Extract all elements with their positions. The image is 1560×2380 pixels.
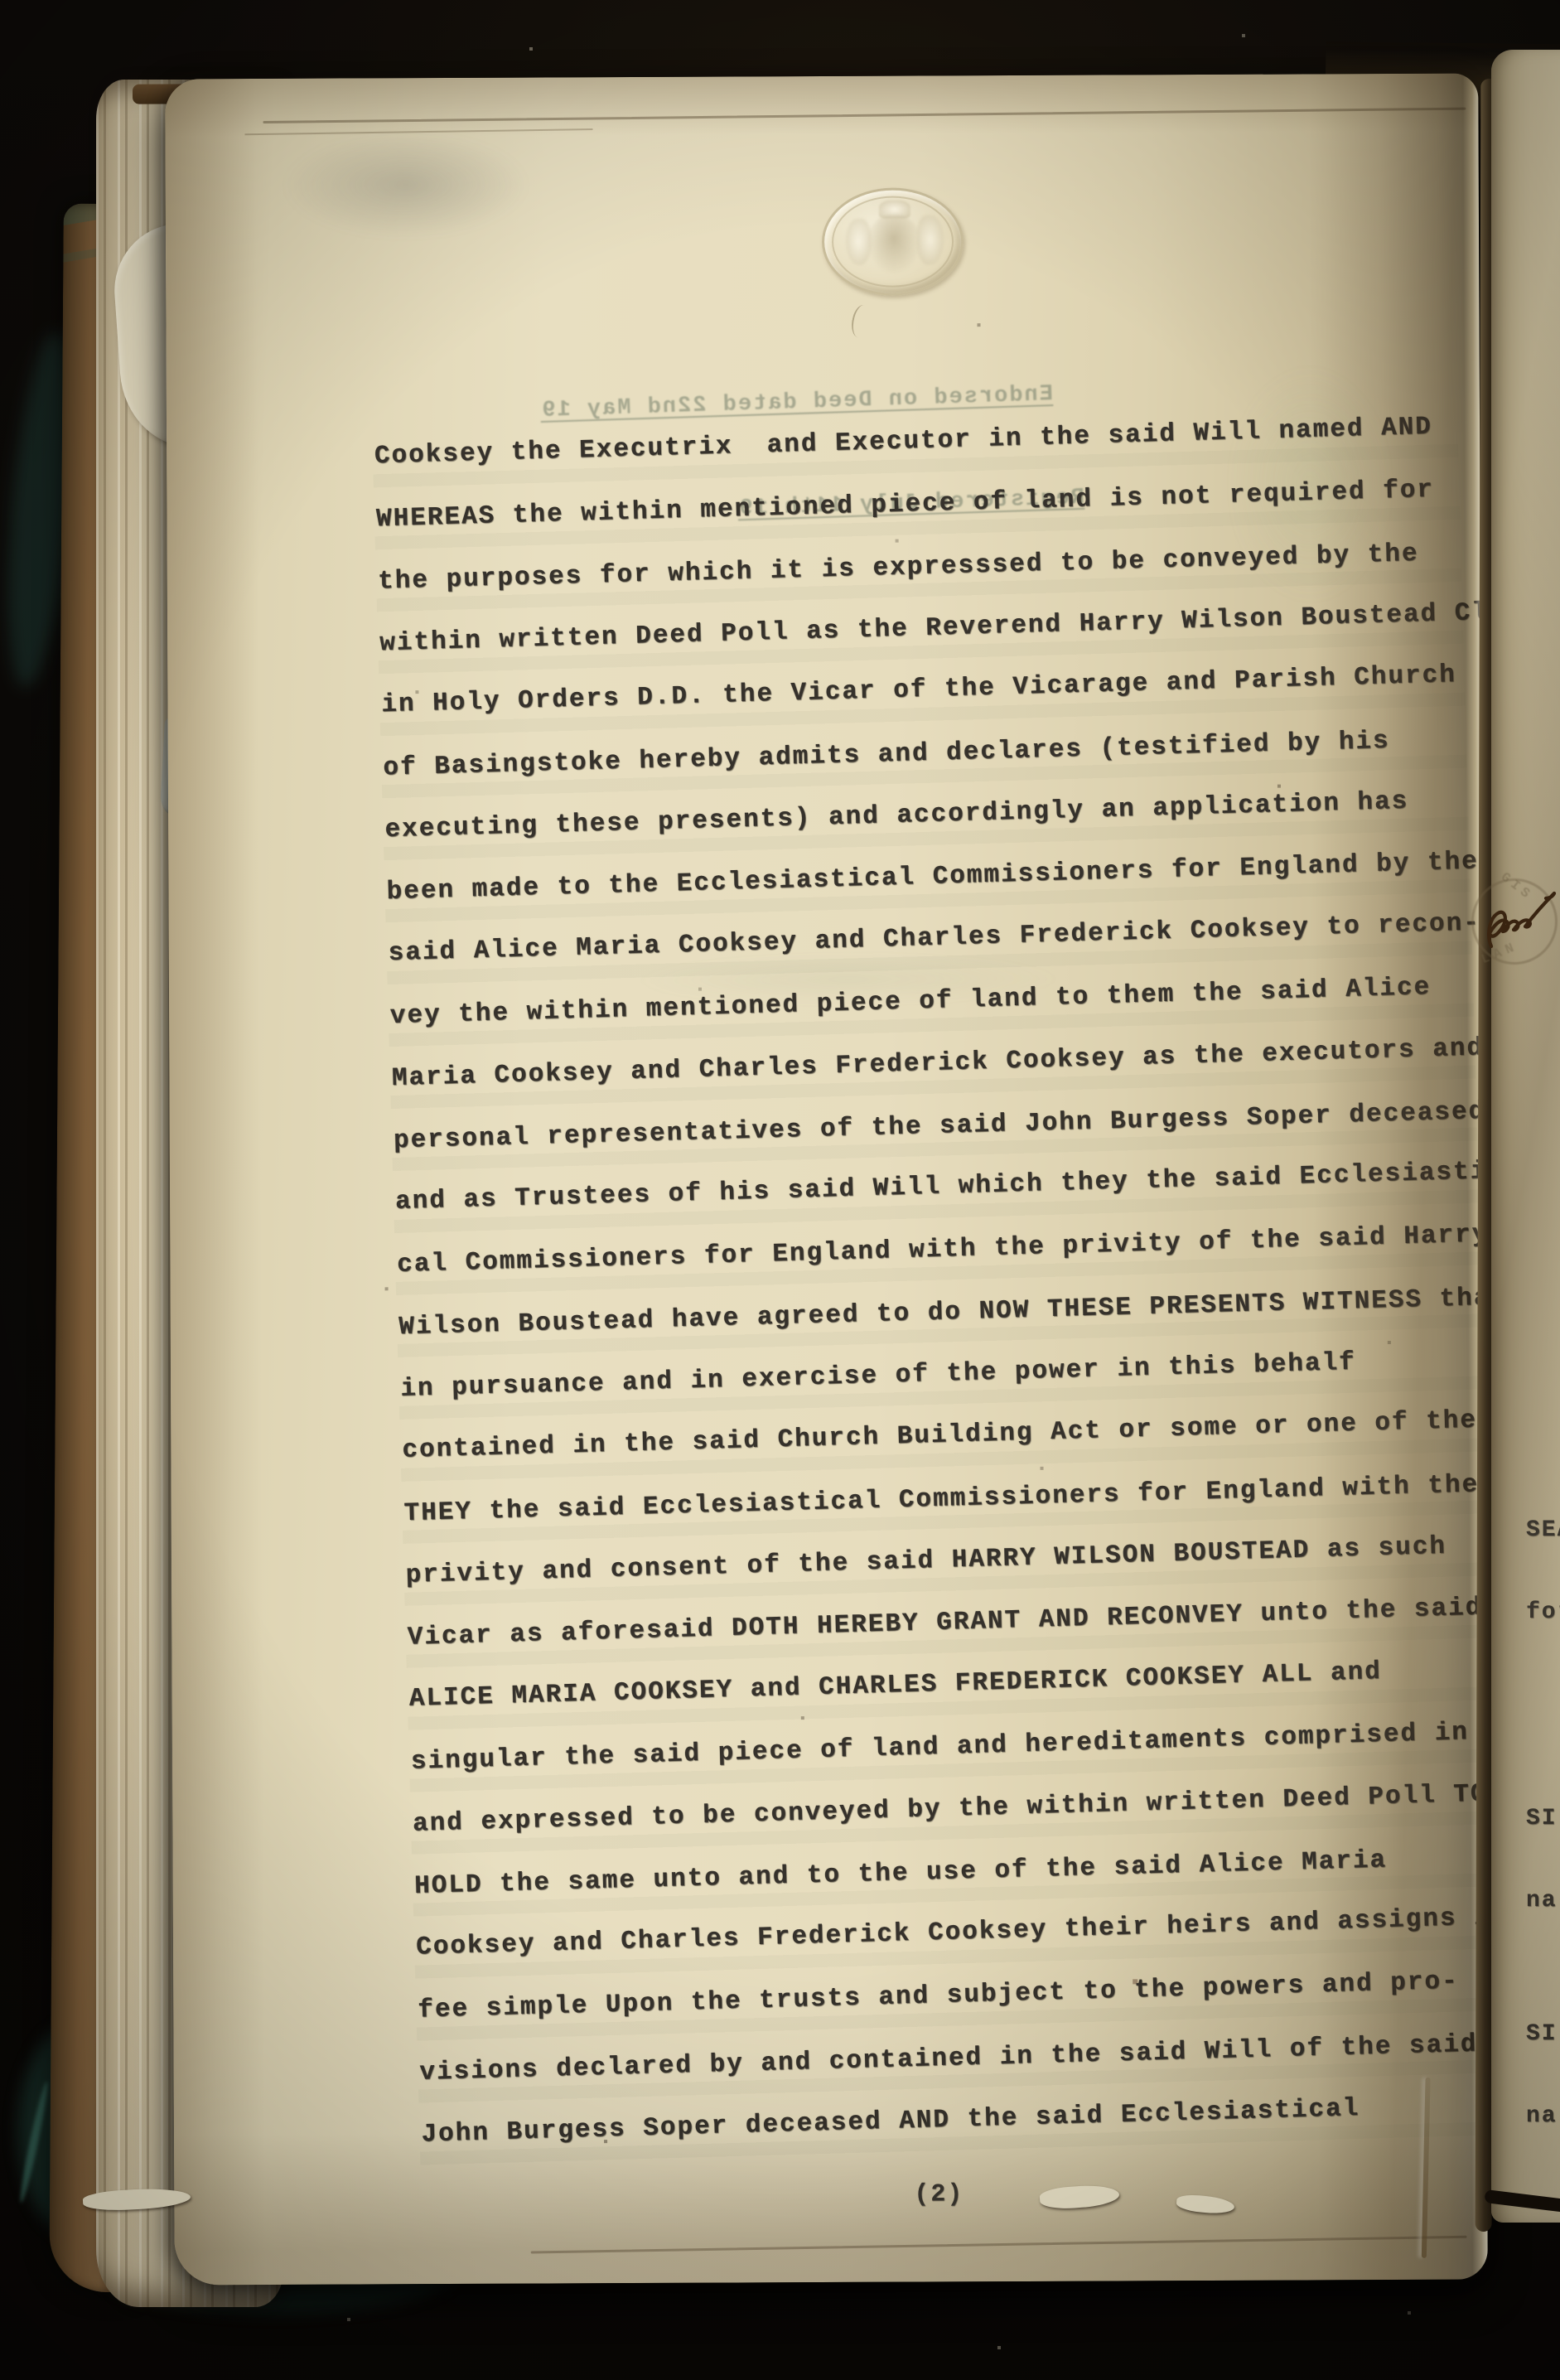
page-number: (2) xyxy=(814,2180,1063,2209)
seal-supporter-right xyxy=(917,215,944,264)
seal-shield-emboss xyxy=(867,215,920,273)
adjacent-page-text-fragment: SI na xyxy=(1526,1750,1560,1969)
fragment-line: na xyxy=(1526,1887,1560,1914)
photo-of-deeds-book: Endorsed on Deed dated 22nd May 19 Regis… xyxy=(0,0,1560,2380)
underlying-sheet-edge xyxy=(263,108,1466,123)
fragment-line: for xyxy=(1526,1599,1560,1626)
page-left-shading xyxy=(165,79,266,2285)
embossed-royal-seal xyxy=(822,187,964,296)
paper-specks xyxy=(165,79,167,80)
fragment-line: SEA xyxy=(1526,1517,1560,1544)
page-curl-shadow xyxy=(1308,74,1488,2281)
adjacent-page-text-fragment: SI na xyxy=(1526,1966,1560,2184)
smudge xyxy=(281,131,530,239)
adjacent-page-text-fragment: SEA for xyxy=(1526,1462,1560,1681)
document-page: Endorsed on Deed dated 22nd May 19 Regis… xyxy=(165,74,1488,2286)
fragment-line: na xyxy=(1526,2102,1560,2130)
fragment-line: SI xyxy=(1526,1805,1560,1832)
dust-specks xyxy=(0,0,2,2)
fragment-line: SI xyxy=(1526,2020,1560,2048)
ink-signature xyxy=(1480,882,1559,961)
